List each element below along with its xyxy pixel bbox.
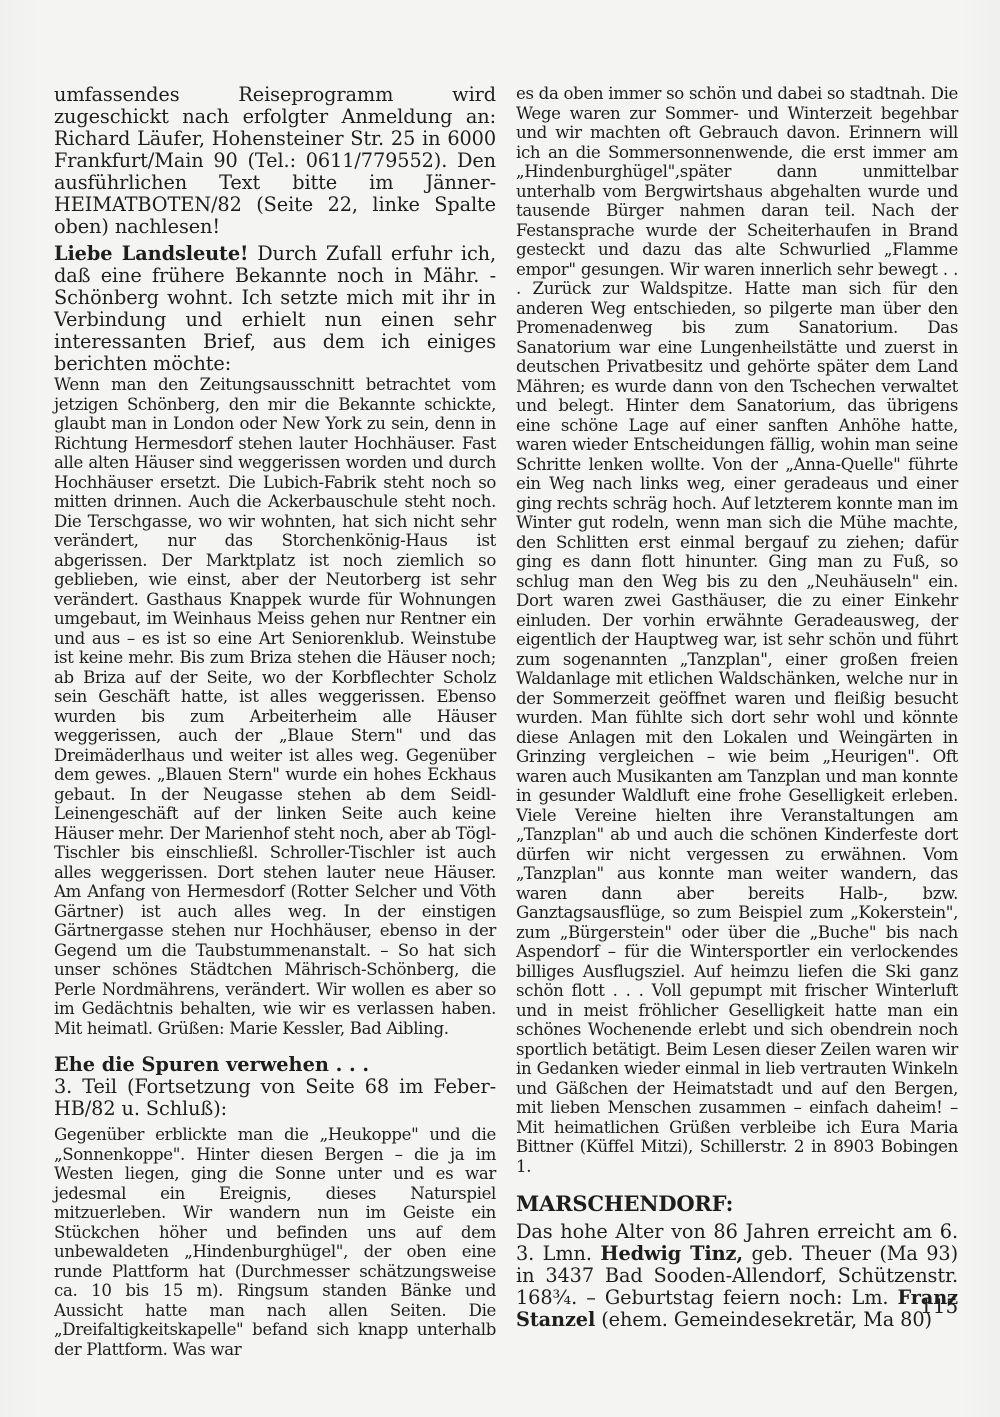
letter-body-paragraph: Wenn man den Zeitungsausschnitt betracht…: [54, 375, 496, 1038]
marschendorf-text-3: (ehem. Gemeindesekretär, Ma 80): [595, 1308, 932, 1331]
page-number: 115: [920, 1295, 958, 1317]
section-heading-marschendorf: MARSCHENDORF:: [516, 1192, 958, 1216]
article-title: Ehe die Spuren verwehen . . .: [54, 1054, 496, 1076]
newspaper-page: umfassendes Reiseprogramm wird zugeschic…: [0, 0, 1000, 1417]
article-body-part-1: Gegenüber erblickte man die „Heukoppe" u…: [54, 1125, 496, 1359]
person-name-hedwig-tinz: Hedwig Tinz,: [600, 1242, 743, 1265]
left-column: umfassendes Reiseprogramm wird zugeschic…: [54, 84, 496, 1359]
article-body-part-2: es da oben immer so schön und dabei so s…: [516, 84, 958, 1176]
travel-program-paragraph: umfassendes Reiseprogramm wird zugeschic…: [54, 84, 496, 238]
letter-salutation: Liebe Landsleute!: [54, 242, 248, 265]
right-column: es da oben immer so schön und dabei so s…: [516, 84, 958, 1331]
article-subtitle: 3. Teil (Fortsetzung von Seite 68 im Feb…: [54, 1076, 496, 1120]
marschendorf-paragraph: Das hohe Alter von 86 Jahren erreicht am…: [516, 1221, 958, 1331]
letter-intro-paragraph: Liebe Landsleute! Durch Zufall erfuhr ic…: [54, 243, 496, 375]
